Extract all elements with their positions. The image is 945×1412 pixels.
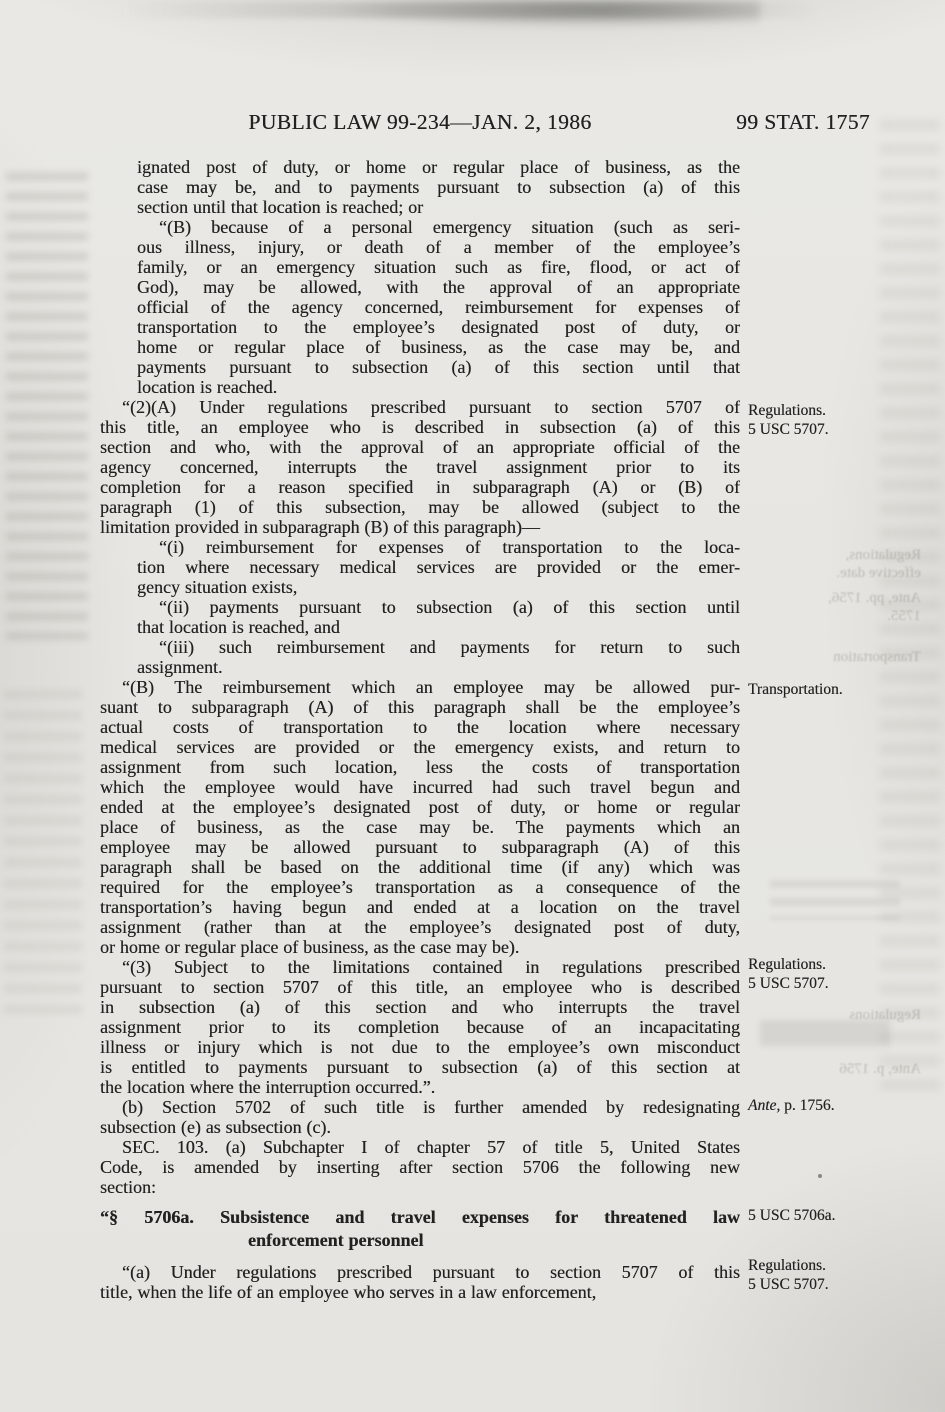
bleedthrough-smudge-margin bbox=[770, 880, 900, 920]
text-line: the location where the interruption occu… bbox=[100, 1077, 740, 1097]
bleedthrough-note: Ante, p. 1756 bbox=[746, 1060, 921, 1078]
text-line: transportation’s having begun and ended … bbox=[100, 897, 740, 917]
margin-note-line: Regulations. bbox=[748, 401, 918, 420]
clause-i: “(i) reimbursement for expenses of trans… bbox=[137, 537, 740, 597]
margin-note-line: Regulations. bbox=[748, 1256, 918, 1275]
text-line: ignated post of duty, or home or regular… bbox=[137, 157, 740, 177]
text-line: SEC. 103. (a) Subchapter I of chapter 57… bbox=[100, 1137, 740, 1157]
margin-note-line: 5 USC 5706a. bbox=[748, 1206, 918, 1225]
text-line: employee may be allowed pursuant to subp… bbox=[100, 837, 740, 857]
note-regulations-1: Regulations.5 USC 5707. bbox=[748, 401, 918, 439]
text-line: transportation to the employee’s designa… bbox=[137, 317, 740, 337]
text-line: assignment from such location, less the … bbox=[100, 757, 740, 777]
text-line: “(i) reimbursement for expenses of trans… bbox=[137, 537, 740, 557]
text-line: “(a) Under regulations prescribed pursua… bbox=[100, 1262, 740, 1282]
margin-note-line: Transportation. bbox=[748, 680, 918, 699]
bleedthrough-note: Transportation bbox=[746, 648, 921, 666]
law-title: PUBLIC LAW 99-234—JAN. 2, 1986 bbox=[100, 110, 740, 135]
text-line: agency concerned, interrupts the travel … bbox=[100, 457, 740, 477]
text-line: paragraph shall be based on the addition… bbox=[100, 857, 740, 877]
text-line: required for the employee’s transportati… bbox=[100, 877, 740, 897]
text-line: section: bbox=[100, 1177, 740, 1197]
bleedthrough-note: Regulations,effective date. bbox=[746, 546, 921, 582]
text-line: completion for a reason specified in sub… bbox=[100, 477, 740, 497]
text-line: is entitled to payments pursuant to subs… bbox=[100, 1057, 740, 1077]
scan-smudge-top-band bbox=[120, 2, 820, 18]
text-line: “(iii) such reimbursement and payments f… bbox=[137, 637, 740, 657]
note-ante-1756: Ante, p. 1756. bbox=[748, 1096, 918, 1115]
bleedthrough-note-line: Ante, pp. 1756, bbox=[746, 589, 921, 607]
text-line: or home or regular place of business, as… bbox=[100, 937, 740, 957]
text-line: “(B) The reimbursement which an employee… bbox=[100, 677, 740, 697]
section-5706a-heading: “§ 5706a. Subsistence and travel expense… bbox=[100, 1206, 740, 1252]
margin-note-line: 5 USC 5707. bbox=[748, 974, 918, 993]
text-line: illness or injury which is not due to th… bbox=[100, 1037, 740, 1057]
subsection-b-amendment: (b) Section 5702 of such title is furthe… bbox=[100, 1097, 740, 1137]
paragraph-3: “(3) Subject to the limitations containe… bbox=[100, 957, 740, 1097]
text-line: place of business, as the case may be. T… bbox=[100, 817, 740, 837]
text-line: (b) Section 5702 of such title is furthe… bbox=[100, 1097, 740, 1117]
clause-ii: “(ii) payments pursuant to subsection (a… bbox=[137, 597, 740, 637]
margin-note-line: Regulations. bbox=[748, 955, 918, 974]
note-transportation: Transportation. bbox=[748, 680, 918, 699]
text-line: enforcement personnel bbox=[248, 1229, 740, 1252]
text-line: official of the agency concerned, reimbu… bbox=[137, 297, 740, 317]
text-line: section and who, with the approval of an… bbox=[100, 437, 740, 457]
paragraph-2B: “(B) The reimbursement which an employee… bbox=[100, 677, 740, 957]
text-line: tion where necessary medical services ar… bbox=[137, 557, 740, 577]
text-line: location is reached. bbox=[137, 377, 740, 397]
text-line: which the employee would have incurred h… bbox=[100, 777, 740, 797]
text-line: home or regular place of business, as th… bbox=[137, 337, 740, 357]
text-line: “§ 5706a. Subsistence and travel expense… bbox=[100, 1206, 740, 1229]
text-line: assignment prior to its completion becau… bbox=[100, 1017, 740, 1037]
text-line: case may be, and to payments pursuant to… bbox=[137, 177, 740, 197]
text-line: section until that location is reached; … bbox=[137, 197, 740, 217]
bleedthrough-note-line: Ante, p. 1756 bbox=[746, 1060, 921, 1078]
bleedthrough-note-line: Regulations bbox=[746, 1006, 921, 1024]
bleedthrough-smudge-left-lower bbox=[4, 690, 82, 1020]
margin-note-line: 5 USC 5707. bbox=[748, 420, 918, 439]
scanned-statute-page: PUBLIC LAW 99-234—JAN. 2, 1986 99 STAT. … bbox=[0, 0, 945, 1412]
bleedthrough-note: Ante, pp. 1756,1755. bbox=[746, 589, 921, 625]
text-line: God), may be allowed, with the approval … bbox=[137, 277, 740, 297]
paragraph-2A: “(2)(A) Under regulations prescribed pur… bbox=[100, 397, 740, 537]
text-line: “(B) because of a personal emergency sit… bbox=[137, 217, 740, 237]
text-line: gency situation exists, bbox=[137, 577, 740, 597]
ink-dot-artifact bbox=[818, 1174, 822, 1178]
text-line: ended at the employee’s designated post … bbox=[100, 797, 740, 817]
bleedthrough-note-line: effective date. bbox=[746, 564, 921, 582]
text-line: in subsection (a) of this section and wh… bbox=[100, 997, 740, 1017]
text-line: medical services are provided or the eme… bbox=[100, 737, 740, 757]
text-line: subsection (e) as subsection (c). bbox=[100, 1117, 740, 1137]
text-line: family, or an emergency situation such a… bbox=[137, 257, 740, 277]
margin-note-line: 5 USC 5707. bbox=[748, 1275, 918, 1294]
note-5usc5706a: 5 USC 5706a. bbox=[748, 1206, 918, 1225]
text-line: “(ii) payments pursuant to subsection (a… bbox=[137, 597, 740, 617]
text-line: assignment (rather than at the employee’… bbox=[100, 917, 740, 937]
bleedthrough-note: Regulations bbox=[746, 1006, 921, 1024]
text-line: “(3) Subject to the limitations containe… bbox=[100, 957, 740, 977]
margin-note-line: Ante, p. 1756. bbox=[748, 1096, 918, 1115]
bleedthrough-note-line: 1755. bbox=[746, 607, 921, 625]
text-line: suant to subparagraph (A) of this paragr… bbox=[100, 697, 740, 717]
scan-smudge-top bbox=[330, 0, 760, 28]
text-line: paragraph (1) of this subsection, may be… bbox=[100, 497, 740, 517]
continuation-lines: ignated post of duty, or home or regular… bbox=[137, 157, 740, 217]
text-line: ous illness, injury, or death of a membe… bbox=[137, 237, 740, 257]
sec-103: SEC. 103. (a) Subchapter I of chapter 57… bbox=[100, 1137, 740, 1197]
text-line: that location is reached, and bbox=[137, 617, 740, 637]
text-line: payments pursuant to subsection (a) of t… bbox=[137, 357, 740, 377]
subsection-a: “(a) Under regulations prescribed pursua… bbox=[100, 1262, 740, 1302]
text-line: title, when the life of an employee who … bbox=[100, 1282, 740, 1302]
note-regulations-3: Regulations.5 USC 5707. bbox=[748, 1256, 918, 1294]
bleedthrough-note-line: Transportation bbox=[746, 648, 921, 666]
statute-page-number: 99 STAT. 1757 bbox=[736, 110, 870, 135]
text-line: Code, is amended by inserting after sect… bbox=[100, 1157, 740, 1177]
text-line: assignment. bbox=[137, 657, 740, 677]
subparagraph-1B: “(B) because of a personal emergency sit… bbox=[137, 217, 740, 397]
text-line: limitation provided in subparagraph (B) … bbox=[100, 517, 740, 537]
clause-iii: “(iii) such reimbursement and payments f… bbox=[137, 637, 740, 677]
text-line: pursuant to section 5707 of this title, … bbox=[100, 977, 740, 997]
bleedthrough-smudge-left-upper bbox=[6, 172, 88, 640]
text-line: “(2)(A) Under regulations prescribed pur… bbox=[100, 397, 740, 417]
running-head: PUBLIC LAW 99-234—JAN. 2, 1986 99 STAT. … bbox=[100, 110, 870, 136]
statute-text-column: ignated post of duty, or home or regular… bbox=[100, 157, 740, 1302]
note-regulations-2: Regulations.5 USC 5707. bbox=[748, 955, 918, 993]
bleedthrough-note-line: Regulations, bbox=[746, 546, 921, 564]
text-line: this title, an employee who is described… bbox=[100, 417, 740, 437]
text-line: actual costs of transportation to the lo… bbox=[100, 717, 740, 737]
